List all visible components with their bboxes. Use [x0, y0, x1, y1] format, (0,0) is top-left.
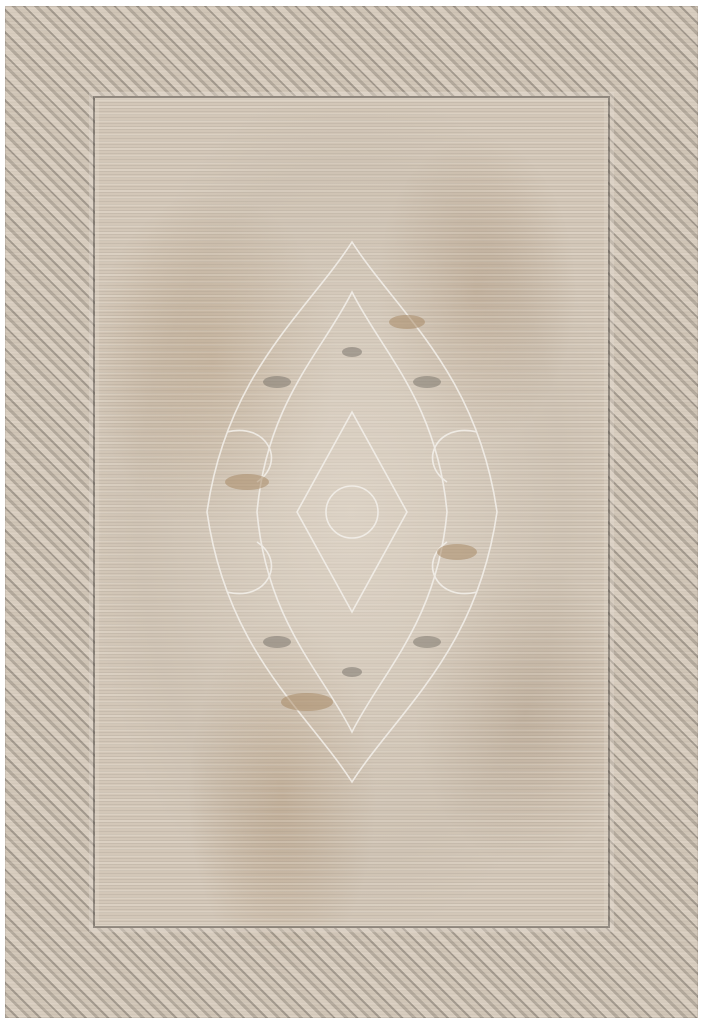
rug-field [101, 104, 602, 920]
medallion-linework-icon [187, 232, 517, 792]
rug [5, 6, 698, 1018]
rug-center-medallion [187, 232, 517, 792]
